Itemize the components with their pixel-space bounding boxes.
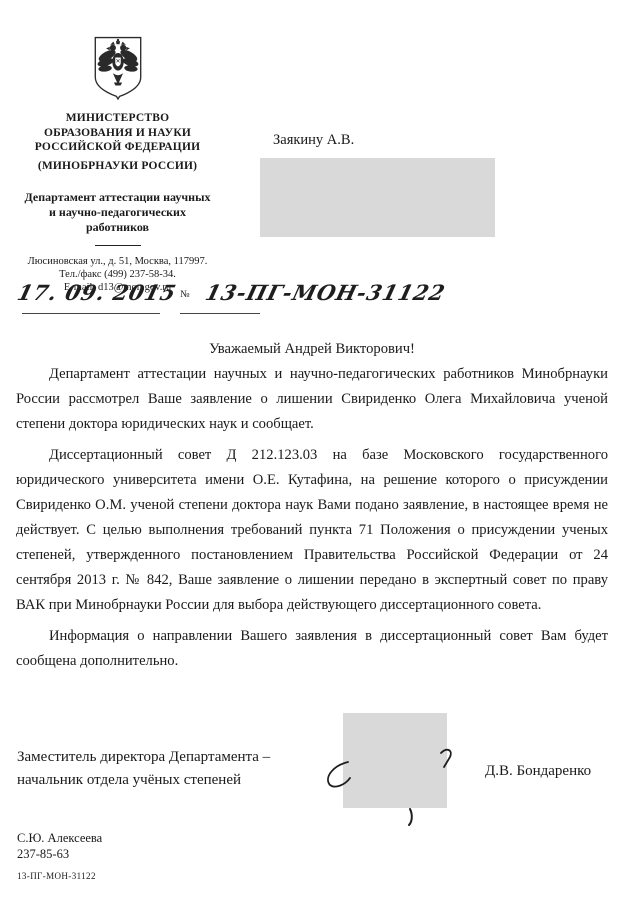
- date-field-underline: [22, 313, 160, 314]
- salutation: Уважаемый Андрей Викторович!: [16, 337, 608, 362]
- department-name-line: и научно-педагогических: [5, 205, 230, 220]
- executor-phone: 237-85-63: [17, 847, 102, 863]
- number-field-underline: [180, 313, 260, 314]
- russian-coat-of-arms-icon: [5, 36, 230, 100]
- signer-name: Д.В. Бондаренко: [485, 763, 591, 780]
- redacted-address-block: [260, 158, 495, 237]
- ministry-name-line: ОБРАЗОВАНИЯ И НАУКИ: [5, 126, 230, 141]
- ministry-name-line: РОССИЙСКОЙ ФЕДЕРАЦИИ: [5, 140, 230, 155]
- handwritten-signature: [318, 744, 463, 829]
- department-name-line: работников: [5, 220, 230, 235]
- body-paragraph: Информация о направлении Вашего заявлени…: [16, 624, 608, 674]
- registration-line: 17. 09. 2015№13-ПГ-МОН-31122: [18, 280, 445, 305]
- addressee-name: Заякину А.В.: [273, 132, 354, 149]
- reference-number: 13-ПГ-МОН-31122: [17, 871, 96, 881]
- body-paragraph: Диссертационный совет Д 212.123.03 на ба…: [16, 443, 608, 618]
- ministry-short-name: (МИНОБРНАУКИ РОССИИ): [5, 159, 230, 173]
- department-name: Департамент аттестации научных и научно-…: [5, 190, 230, 235]
- signer-title: Заместитель директора Департамента – нач…: [17, 746, 270, 792]
- ministry-name-line: МИНИСТЕРСТВО: [5, 111, 230, 126]
- signer-title-line: Заместитель директора Департамента –: [17, 746, 270, 769]
- letter-body: Уважаемый Андрей Викторович! Департамент…: [16, 337, 608, 674]
- department-name-line: Департамент аттестации научных: [5, 190, 230, 205]
- letterhead-divider: [95, 245, 141, 246]
- executor-block: С.Ю. Алексеева 237-85-63: [17, 831, 102, 862]
- phone-fax: Тел./факс (499) 237-58-34.: [5, 268, 230, 281]
- number-sign: №: [180, 289, 190, 300]
- executor-name: С.Ю. Алексеева: [17, 831, 102, 847]
- handwritten-date: 17. 09. 2015: [15, 280, 179, 305]
- scanned-letter-page: МИНИСТЕРСТВО ОБРАЗОВАНИЯ И НАУКИ РОССИЙС…: [0, 0, 620, 901]
- handwritten-outgoing-number: 13-ПГ-МОН-31122: [203, 280, 448, 305]
- body-paragraph: Департамент аттестации научных и научно-…: [16, 362, 608, 437]
- letterhead: МИНИСТЕРСТВО ОБРАЗОВАНИЯ И НАУКИ РОССИЙС…: [5, 36, 230, 294]
- postal-address: Люсиновская ул., д. 51, Москва, 117997.: [5, 255, 230, 268]
- signer-title-line: начальник отдела учёных степеней: [17, 769, 270, 792]
